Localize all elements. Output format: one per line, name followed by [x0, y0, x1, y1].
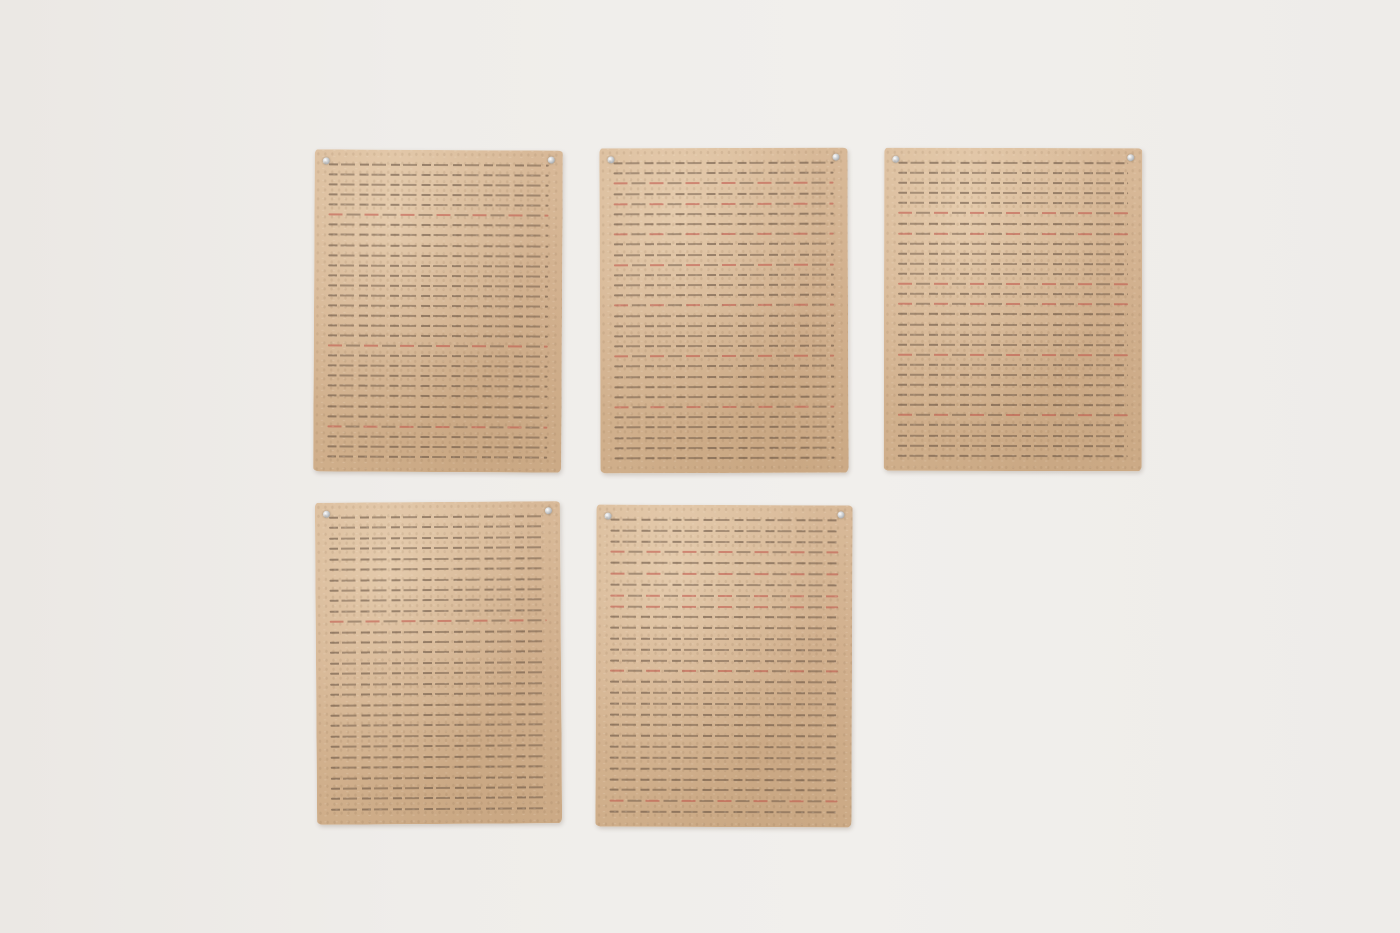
pin-icon	[545, 507, 552, 514]
gallery-wall: Handwritten text, largely illegible Hand…	[0, 0, 1400, 933]
manuscript-sheet-3: Handwritten text with red bracket annota…	[884, 148, 1143, 471]
handwritten-lines	[329, 515, 548, 811]
manuscript-sheet-4: Handwritten text, largely illegible	[315, 501, 562, 825]
sheet-excerpt: Handwritten text with red underlines, la…	[599, 148, 600, 149]
pin-icon	[832, 154, 839, 161]
sheet-excerpt: Handwritten text, largely illegible	[315, 503, 316, 504]
sheet-excerpt: Handwritten text with red underlines, la…	[597, 505, 598, 506]
pin-icon	[1127, 154, 1134, 161]
handwritten-lines	[613, 162, 834, 460]
sheet-excerpt: Handwritten text, largely illegible	[315, 149, 316, 150]
handwritten-lines	[609, 519, 838, 814]
pin-icon	[548, 157, 555, 164]
manuscript-sheet-2: Handwritten text with red underlines, la…	[599, 148, 848, 474]
manuscript-sheet-5: Handwritten text with red underlines, la…	[595, 505, 852, 828]
sheet-excerpt: Handwritten text with red bracket annota…	[884, 148, 885, 149]
handwritten-lines	[898, 162, 1129, 457]
manuscript-sheet-1: Handwritten text, largely illegible	[313, 149, 563, 472]
pin-icon	[838, 511, 845, 518]
handwritten-lines	[327, 163, 549, 458]
